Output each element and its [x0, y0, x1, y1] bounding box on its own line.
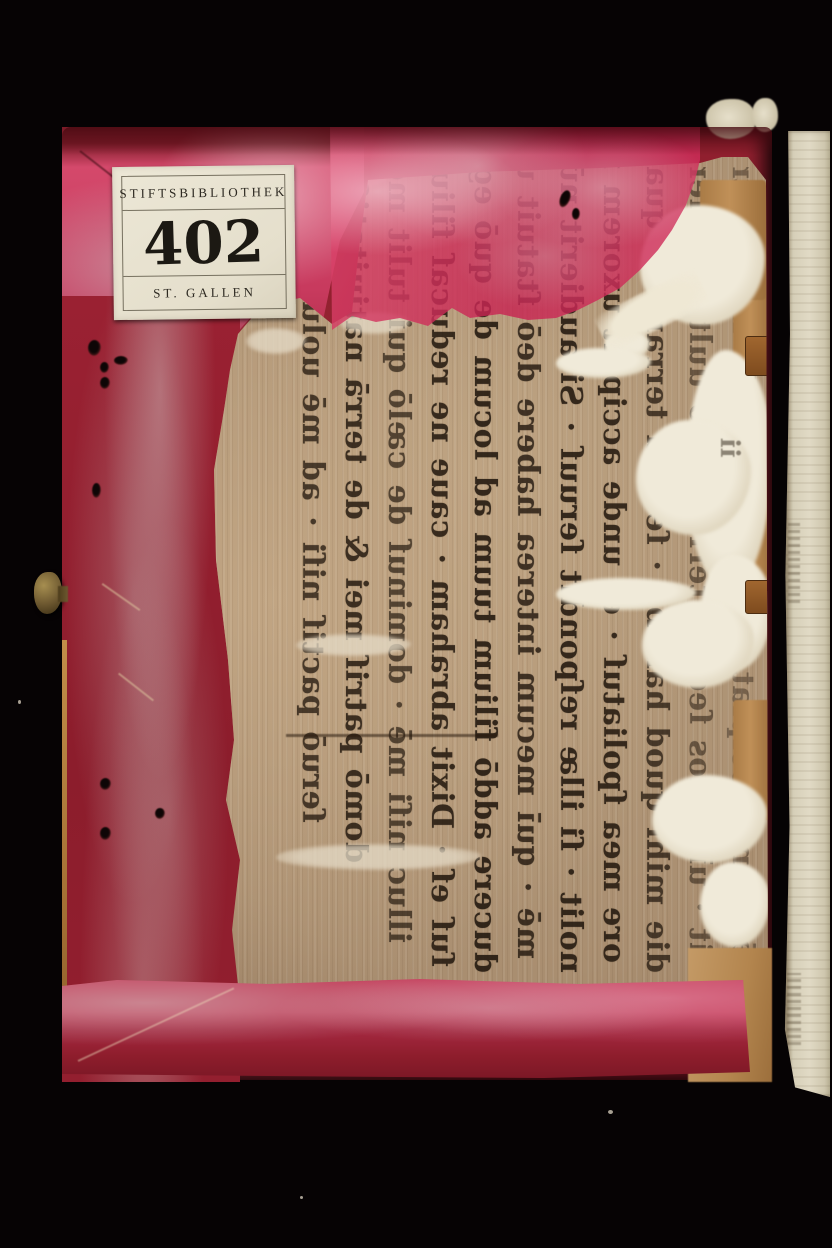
photo-backdrop: rā ad nō accipiat uxorē quā uos de filio… — [0, 0, 832, 1248]
leather-bottom-turn-in — [62, 978, 750, 1078]
worm-hole — [155, 808, 165, 819]
worm-hole — [100, 778, 111, 790]
ghost-text-marks: ii — [714, 438, 744, 458]
worm-hole — [100, 362, 109, 373]
label-number: 402 — [143, 212, 266, 274]
worm-hole — [100, 827, 111, 840]
ghost-script-mark — [788, 523, 800, 603]
leather-left-turn-in — [62, 296, 240, 1082]
label-location: ST. GALLEN — [123, 275, 285, 310]
clasp-stem — [58, 586, 68, 602]
label-frame: STIFTSBIBLIOTHEK 402 ST. GALLEN — [121, 174, 287, 311]
worm-hole — [88, 340, 101, 356]
dust-speck — [18, 700, 21, 704]
flyleaf-pages — [784, 131, 830, 1097]
label-number-panel: 402 — [123, 208, 286, 277]
parchment-crack — [286, 734, 498, 737]
dust-speck — [608, 1110, 613, 1114]
worm-hole — [114, 356, 128, 365]
label-institution: STIFTSBIBLIOTHEK — [122, 175, 284, 210]
shelfmark-label: STIFTSBIBLIOTHEK 402 ST. GALLEN — [112, 165, 296, 320]
leather-top-fold — [62, 127, 772, 155]
ghost-script-mark — [787, 973, 801, 1045]
worm-hole — [572, 208, 580, 220]
dust-speck — [300, 1196, 303, 1199]
worm-hole — [92, 483, 101, 498]
worm-hole — [100, 377, 110, 389]
